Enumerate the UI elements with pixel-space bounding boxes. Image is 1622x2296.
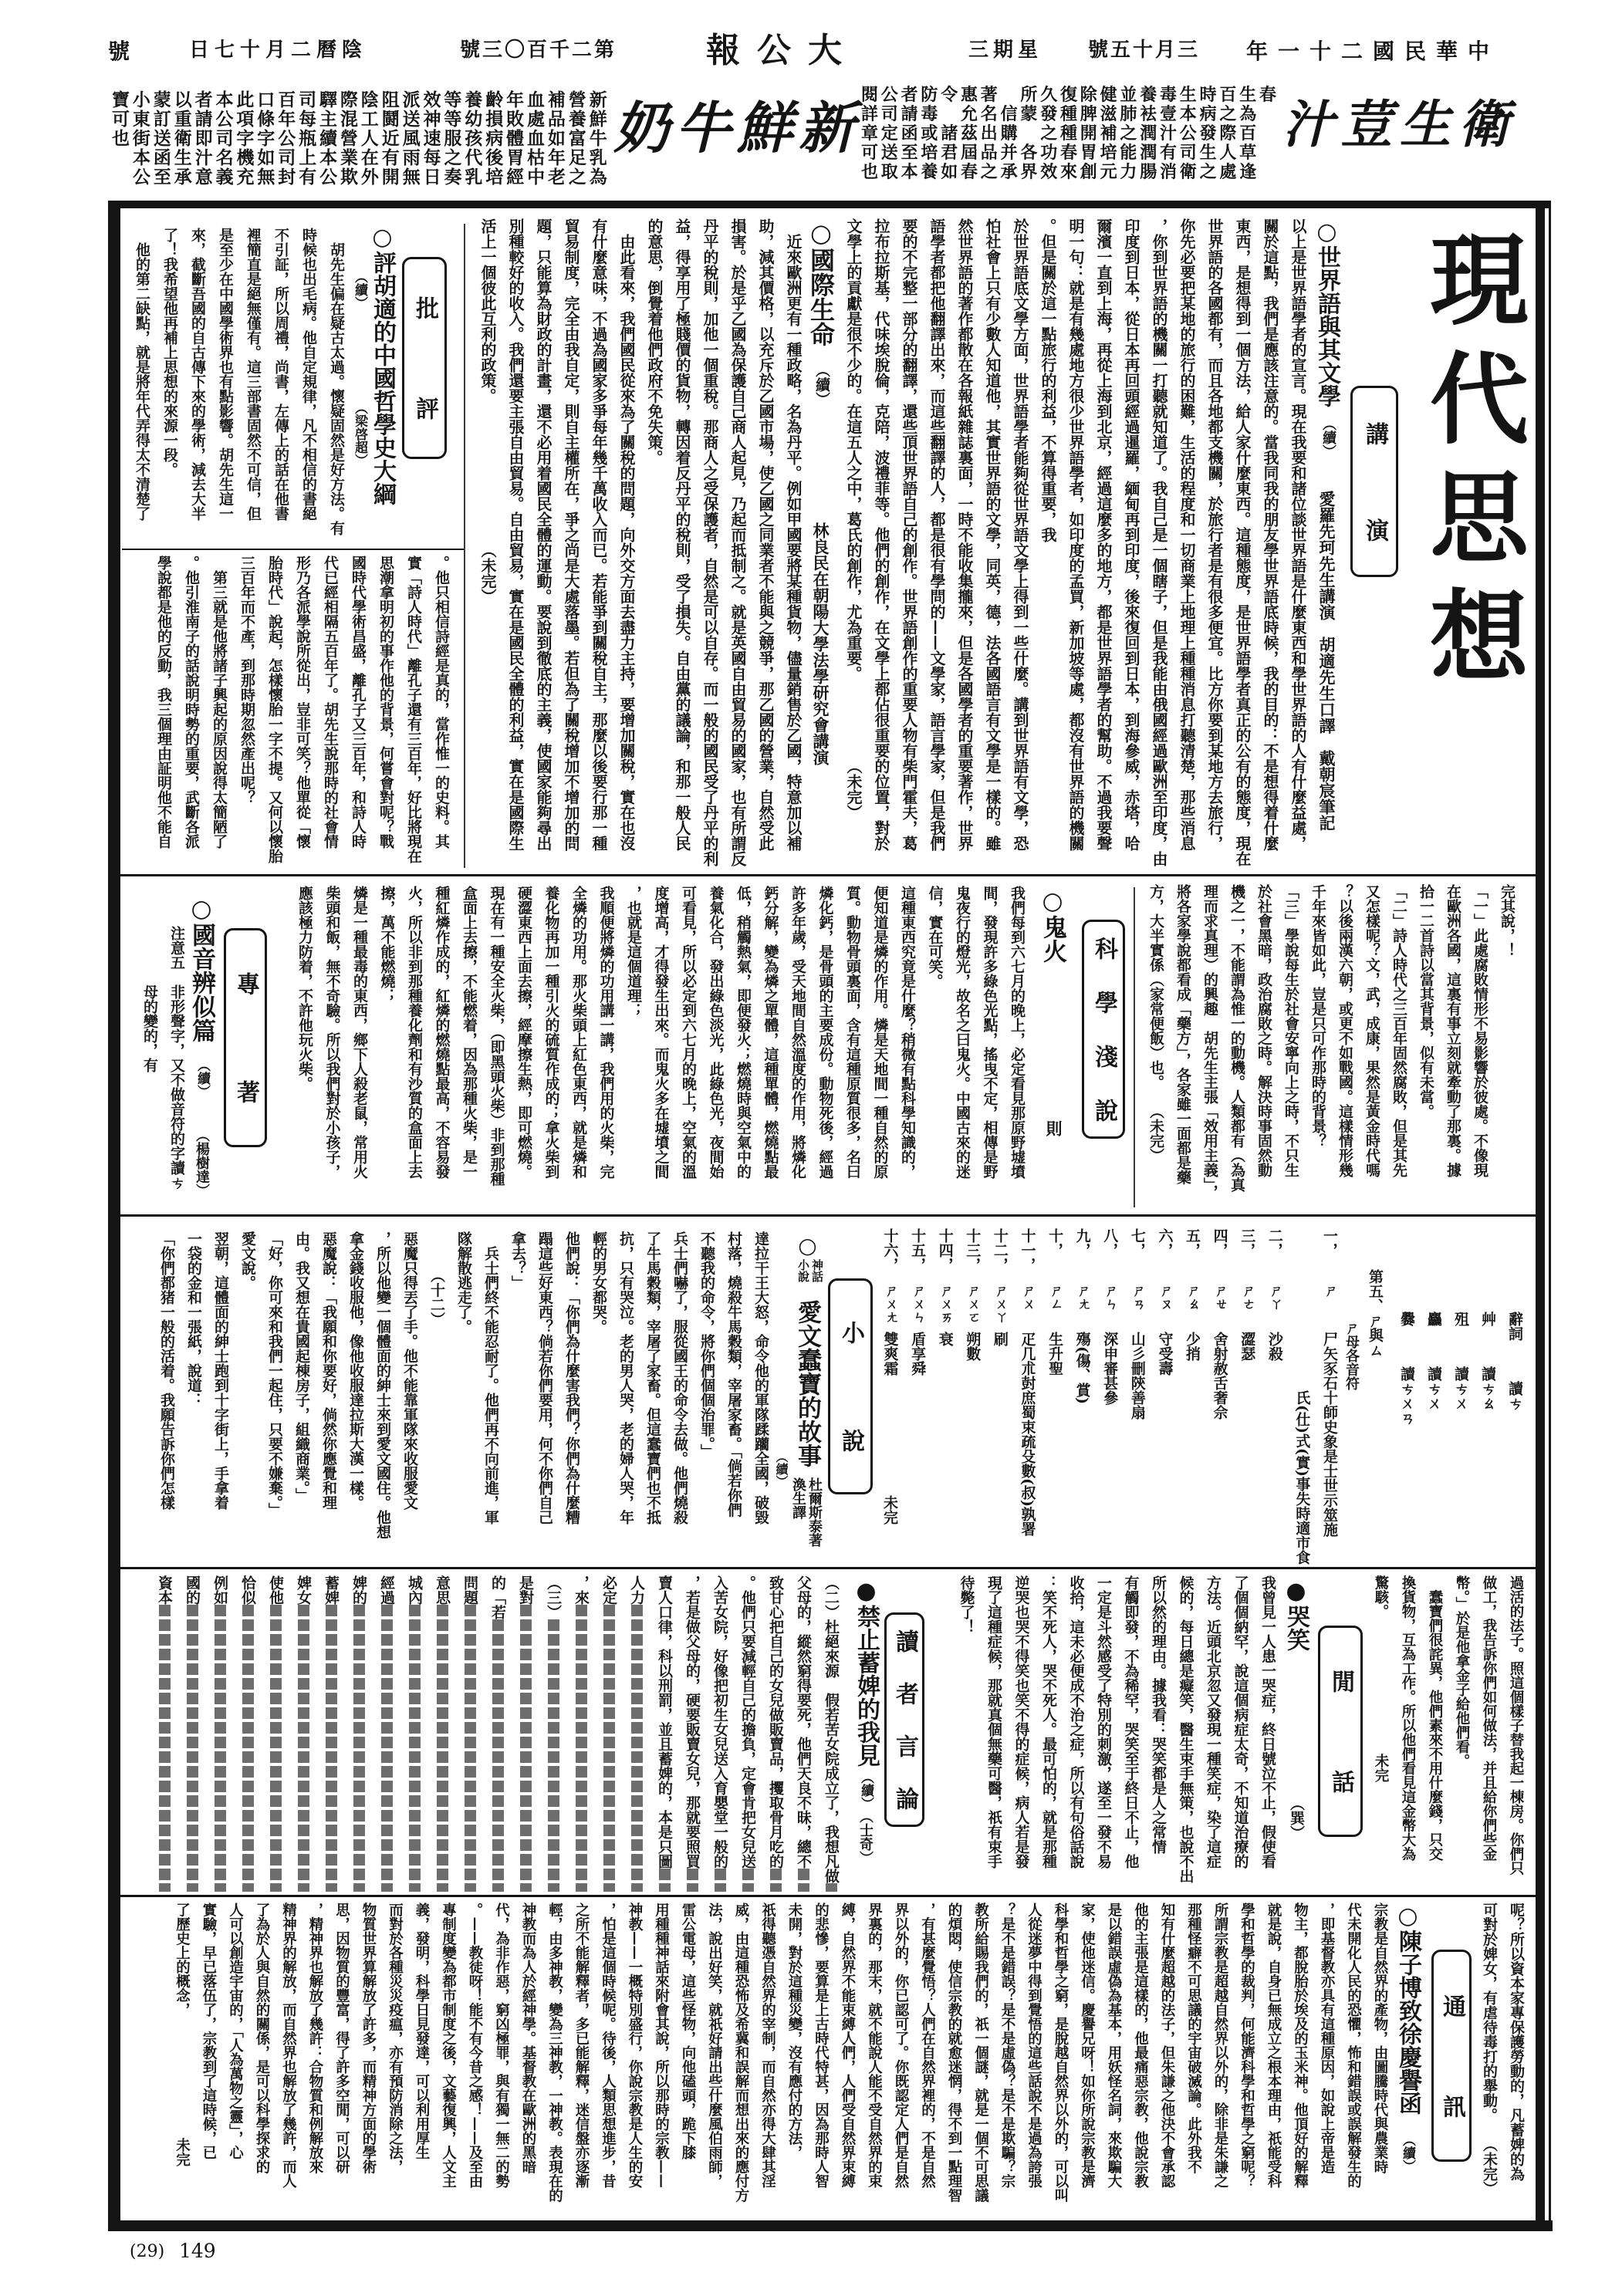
item-characters: 生升聖 — [1046, 1332, 1063, 1376]
section-label: 閒話 — [1329, 1670, 1352, 1870]
character: 辭詞 — [1506, 1312, 1523, 1341]
legible-text: ，若是做父母的，硬要販賣女兒，那就要照買 — [684, 1575, 701, 1869]
reading-entry: 殂讀ㄘㄨ — [1447, 1312, 1474, 1466]
item-characters: 澀瑟 — [1238, 1332, 1255, 1361]
section-label: 專著 — [234, 972, 257, 1188]
text-column: 致甘心把自己的女兒做販賣品，攫取骨月吃的 — [762, 1575, 789, 1892]
text-column: 物質世界算解放了許多，而精神方面的學術 — [355, 1903, 382, 2219]
item-characters: 刷 — [992, 1332, 1009, 1346]
item-number: 十五， — [904, 1228, 931, 1284]
text-column: 蹋這些好東西？倘若你們要用，何不你們自己 — [531, 1231, 558, 1565]
section-label: 通訊 — [1440, 1994, 1463, 2195]
text-column: 思，因物質的豐富，得了許多空閒，可以研 — [328, 1903, 355, 2219]
text-column: 注意五 非形聲字，又不做音符的字讀ㄘ — [163, 926, 190, 1213]
novel-continued-body: 過活的法子。照這個樣子替我起一棟房。你們只做工，我告訴你們如何做法，并且給你們些… — [1367, 1575, 1529, 1892]
zhuyin: ㄕㄣ — [1096, 1284, 1124, 1332]
text-column: 盒面上去擦，不能燃着，因為那種火柴，是一 — [455, 886, 483, 1211]
article-title: 國音辨似篇 — [188, 923, 215, 1042]
page-label: 號 — [108, 39, 130, 65]
ghost-fire-article-body: 我們每到六七月的晚上，必定看見那原野墟墳間，發現許多綠色光點，搖曳不定，相傳是野… — [291, 886, 1030, 1211]
text-column: 的「若 — [484, 1575, 512, 1892]
novel-body: 達拉干王大怒，命令他的軍隊蹂躪全國，破毀村落，燒殺牛馬穀類，宰屠家畜。「倘若你們… — [153, 1231, 774, 1565]
text-column: 別種較好的收入。我們還要主張自由貿易。自由貿易，實在是國民全體的利益，實在是國際… — [502, 218, 529, 870]
item-characters: 氏(仕)式(實)事失時適市食 — [1293, 1332, 1310, 1565]
text-column: 拉布拉斯基，代味埃脫倫，克陪，波禮菲等。他們的創作，在文學上都佔很重要的位置，對… — [867, 218, 895, 870]
text-column: 呢？所以資本家專保護勞動的，凡蓄婢的為 — [1502, 1903, 1529, 2219]
item-number: 十二， — [985, 1228, 1013, 1284]
text-column: 精神界的解放，而自然界也解放了幾許，而人 — [275, 1903, 302, 2219]
text-column: 恰似 — [234, 1575, 262, 1892]
text-column: 「好，你可來和我們一起住，只要不嫌棄。」 — [261, 1231, 288, 1565]
text-column: 印度到日本，從日本再回頭經過暹羅，緬甸再到印度，後來復回到日本，到海參威，赤塔，… — [1117, 218, 1145, 870]
legible-text: 城內 — [406, 1575, 423, 1605]
item-number: 二， — [1260, 1228, 1288, 1284]
legible-text: 蓄婢 — [323, 1575, 340, 1605]
zhuyin: ㄕㄥ — [1040, 1284, 1068, 1332]
reading-entry: 艸讀ㄘㄠ — [1474, 1312, 1501, 1466]
legible-text: 婢的 — [350, 1575, 367, 1605]
legible-text: 經過 — [378, 1575, 395, 1605]
text-column: 於社會黑暗，政治腐敗之時。解決時事固然動 — [1250, 884, 1277, 1210]
text-column: 威，由這種恐怖及希冀和誤解而想出來的應付方 — [728, 1903, 755, 2219]
ad-text-row: 寶小蒙以者本此口百司驛際陰阻派效等養齡年血補營新 — [112, 91, 610, 109]
text-column: 隊解散逃走了。 — [450, 1231, 477, 1565]
zhuyin: ㄕㄨㄞ — [931, 1284, 958, 1332]
text-column: 換貨物，互為工作。所以他們看見這金幣大為 — [1394, 1575, 1421, 1892]
band-rule — [120, 874, 1536, 876]
section-label: 讀者言論 — [893, 1629, 916, 1839]
article-title: 哭笑 — [1282, 1605, 1309, 1651]
phonetic-item: 六，ㄕㄡ守受壽 — [1151, 1228, 1178, 1565]
ad-text-row: 本函生汁名機如司上本業在有雨每之代後胃枯年足乳 — [133, 149, 610, 167]
text-column: 村落，燒殺牛馬穀類，宰屠家畜。「倘若你們 — [720, 1231, 747, 1565]
zhuyin: ㄕㄚ — [1260, 1284, 1288, 1332]
phonetic-item: 八，ㄕㄣ深申審甚參 — [1096, 1228, 1124, 1565]
bottom-border — [108, 2220, 1553, 2231]
text-column: 過活的法子。照這個樣子替我起一棟房。你們只 — [1502, 1575, 1529, 1892]
text-column: 第三就是他將諸子興起的原因說得太簡陋了 — [205, 555, 233, 870]
text-column: 母的變的，有 — [136, 926, 163, 1213]
text-column: 胎時代」說起，怎樣懷胎一字不提。又何以懷胎 — [261, 555, 289, 870]
section-box-correspondence: 通訊 — [1431, 1950, 1472, 2162]
legible-text: （二）杜絕來源 假若苦女院成立了，我想凡做 — [823, 1575, 840, 1883]
text-column: 現了這種症候，那就真個無藥可醫，祇有束手 — [980, 1575, 1008, 1892]
zhuyin: ㄕㄨㄣ — [904, 1284, 931, 1332]
text-column: 。他們只要減輕自己的擔負，定會肯把女兒送 — [734, 1575, 762, 1892]
article-title: 鬼火 — [1039, 915, 1066, 963]
heading-marker: ● — [1282, 1578, 1309, 1605]
text-column: （三） — [539, 1575, 567, 1892]
article-heading: ○鬼火 — [1040, 887, 1064, 963]
text-column: 義，發明，科學日見發達，可以利用厚生 — [408, 1903, 435, 2219]
text-column: 一定是斗然感受了特別的刺激，遂至一發不易 — [1090, 1575, 1117, 1892]
reading: 讀ㄘ — [1506, 1381, 1523, 1410]
zhuyin: ㄕㄢ — [1123, 1284, 1151, 1332]
phonetic-item: 四，ㄕㄝ舍射赦舌奢佘 — [1205, 1228, 1233, 1565]
legible-text: 。他們只要減輕自己的擔負，定會肯把女兒送 — [739, 1575, 756, 1869]
item-number: 十四， — [931, 1228, 958, 1284]
ad-text-row: 章定函或諸茲出購 之種開補之潤汁公發際百 — [861, 125, 1259, 142]
reading: 讀ㄘㄨ — [1425, 1366, 1442, 1410]
text-column: 思潮拿明初的事作他的背景，何嘗會對呢？戰 — [372, 555, 400, 870]
text-column: ，也就是這個道理； — [620, 886, 647, 1211]
item-number: 四， — [1205, 1228, 1233, 1284]
heading-marker: ○ — [1039, 887, 1066, 915]
text-column: 入苦女院，好像把初生女兒送入育嬰堂一般的 — [706, 1575, 734, 1892]
text-column: 將各家學說都看成「藥方」，各家雖一面都是藥 — [1169, 884, 1196, 1210]
article-title: 評胡適的中國哲學史大綱 — [369, 251, 396, 505]
section-label: 批評 — [413, 296, 436, 497]
text-column: 國的 — [178, 1575, 206, 1892]
text-column: 拿金錢收服他，像他收服達拉斯大漢一樣。 — [342, 1231, 369, 1565]
text-column: 「三」學說每生於社會安寧向上之時，不只生 — [1277, 884, 1304, 1210]
ts-reading-list: 辭詞讀ㄘ艸讀ㄘㄠ殂讀ㄘㄨ麤讀ㄘㄨ爨讀ㄘㄨㄢ — [1393, 1312, 1528, 1466]
text-column: 機之一，不能謂為惟一的動機。人類都有（為真 — [1223, 884, 1250, 1210]
text-column: 賣人口律，科以刑罰，並且蓄婢的，本是只圖 — [650, 1575, 678, 1892]
legible-text: 賣人口律，科以刑罰，並且蓄婢的，本是只圖 — [656, 1575, 673, 1869]
text-column: 關於這點，我們是應該注意的。當我同我的朋友學世界語底時候，我的目的：不是想得着什… — [1256, 218, 1284, 870]
item-number: 六， — [1151, 1228, 1178, 1284]
article-author: （士奇） — [858, 1809, 872, 1865]
section-label: 科學淺說 — [1092, 937, 1115, 1153]
text-column: 。——教徒呀！能不有今昔之感！——及至由 — [461, 1903, 488, 2219]
continued-label: （續） — [195, 1059, 208, 1098]
text-column: 可對於婢女，有虐待毒打的舉動。 （未完） — [1475, 1903, 1502, 2219]
page-number: 149 — [179, 2240, 216, 2262]
text-column: 時候也出毛病。他自定規律，凡不相信的書絕 — [295, 228, 323, 544]
critique-tier-rule — [122, 549, 464, 550]
zhuyin: ㄕㄨㄚ — [985, 1284, 1013, 1332]
article-heading: ●哭笑 — [1284, 1578, 1307, 1651]
item-characters: 尸矢豕石十師史象是士世示筮施 — [1321, 1332, 1338, 1537]
text-column: 一袋的金和一張紙，說道： — [180, 1231, 207, 1565]
phonetic-item: 九，ㄕㄤ殤(傷、賞) — [1068, 1228, 1096, 1565]
ad-text-row: 也街送衛即司字字公瓶續營人近風速服孩病體血如富牛 — [112, 130, 610, 147]
section-box-monograph: 專著 — [224, 928, 267, 1147]
text-column: 低，稍觸熱氣，即便發火；燃燒時與空氣中的 — [729, 886, 757, 1211]
text-column: 物主，都脫胎於埃及的玉米神。他頂好的解釋 — [1286, 1903, 1313, 2219]
article-heading: ○國際生命 — [809, 218, 833, 346]
international-life-article-body: 近來歐洲更有一種政略，名為丹平。例如甲國要將某種貨物，儘量銷售於乙國，特意加以補… — [474, 218, 807, 870]
text-column: 法，說出好笑，就祇好請出些什麼風伯雨師， — [701, 1903, 728, 2219]
text-column: 東西，是想得到一個方法，給人家什麼東西。這種態度，是世界語學者真正的公有的態度，… — [1228, 218, 1256, 870]
text-column: 資本 — [150, 1575, 178, 1892]
column-divider — [464, 224, 465, 868]
phonetic-item: 七，ㄕㄢ山彡刪陝善扇 — [1123, 1228, 1151, 1565]
section-box-chat: 閒話 — [1318, 1626, 1363, 1837]
text-column: 。但是關於這一點旅行的利益，不算得重要，我 — [1034, 218, 1062, 870]
band-rule — [120, 1214, 1536, 1217]
weekday: 星期三 — [968, 39, 1042, 62]
section-box-criticism: 批評 — [402, 257, 447, 459]
legible-text: 必定 — [600, 1575, 617, 1605]
text-column: 應該極力防着，不許他玩火柴。 — [291, 886, 318, 1211]
band-rule — [120, 1567, 1536, 1569]
item-number: 十一， — [1013, 1228, 1041, 1284]
text-column: 。他引淮南子的話說明時勢的重要，武斷各派 — [177, 555, 205, 870]
text-column: 火，所以非到那種養化劑和有沙質的盒面上去 — [400, 886, 428, 1211]
text-column: ，怕是這個時候呢。待後，人類思想進步，昔 — [594, 1903, 621, 2219]
text-column: 神教——一概特別盛行，你說宗教是人生的安 — [621, 1903, 648, 2219]
esperanto-article-body: 以上是世界語學者的宣言。現在我要和諸位談世界語是什麼東西和學世界語的人有什麼益處… — [840, 218, 1312, 870]
article-author: （楊樹達） — [194, 1128, 208, 1197]
letter-body: 宗教是自然界的產物，由圖騰時代與農業時代未開化人民的恐懼，怖和錯誤或誤解發生的，… — [168, 1903, 1393, 2219]
heading-marker: ○ — [188, 895, 215, 923]
text-column: 然世界語的著作都散在各報紙雜誌裏面，一時不能收集攏來，但是各國學者的重要著作，世… — [951, 218, 978, 870]
zhuyin: ㄕㄝ — [1205, 1284, 1233, 1332]
text-column: （十二） — [423, 1231, 450, 1565]
issue-date: 三月十五號 — [1088, 39, 1200, 62]
section-box-lecture: 講演 — [1350, 386, 1398, 577]
text-column: 候的，每日總是癡笑，醫生束手無策，也說不出 — [1171, 1575, 1199, 1892]
article-heading: ○陳子博致徐慶譽函 — [1396, 1903, 1419, 2115]
text-column: 度增高，才得發生出來。而鬼火多在墟墳之間 — [647, 886, 674, 1211]
text-column: 明一句：就是有幾處地方很少世界語學者，如印度的孟買，新加坡等處，都沒有世界語的機… — [1062, 218, 1090, 870]
item-characters: 疋几朮尌庶蜀束疏殳數(叔)孰署 — [1019, 1332, 1036, 1536]
text-column: 待斃了！ — [952, 1575, 980, 1892]
text-column: 完其說，！ — [1493, 884, 1520, 1210]
text-column: 裡簡直是絕無僅有。這三部書固然不可信，但 — [239, 228, 267, 544]
text-column: 收拾，這未必便成不治之症，所以有句俗話說 — [1062, 1575, 1090, 1892]
text-column: 由。我又想在貴國起棟房子，組織商業。」 — [288, 1231, 315, 1565]
text-column: ，若是做父母的，硬要販賣女兒，那就要照買 — [678, 1575, 706, 1892]
heading-marker: ● — [853, 1578, 880, 1605]
legible-text: 是對 — [517, 1575, 534, 1605]
text-column: 他們說：「你們為什麼害我們？你們為什麼糟 — [558, 1231, 585, 1565]
text-column: 這種東西究竟是什麼？稍微有點科學知識的， — [894, 886, 921, 1211]
right-border — [1536, 205, 1545, 2231]
top-thick-rule — [108, 201, 1551, 208]
text-column: 兵士們終不能忍耐了。他們再不向前進，軍 — [477, 1231, 504, 1565]
text-column: 又怎樣呢？文，武，成康，果然是黃金時代嗎 — [1358, 884, 1385, 1210]
text-column: 全燐的功用。那火柴頭上紅色東西，就是燐和 — [565, 886, 593, 1211]
phonetic-item: 十五，ㄕㄨㄣ盾享舜 — [904, 1228, 931, 1565]
legible-text: 例如 — [211, 1575, 228, 1605]
item-characters: 殤(傷、賞) — [1074, 1332, 1091, 1404]
text-column: 界以外的，你已認可了。你既認定人們是自然 — [887, 1903, 914, 2219]
text-column: 我順便將燐的功用講一講，我們用的火柴，完 — [592, 886, 620, 1211]
text-column: 活上一個彼此互利的政策。 （未完） — [474, 218, 502, 870]
text-column: 貿易制度，完全由我自定，則自主權所在，爭之尚是大處落墨。若但為了關稅增加不增加的… — [557, 218, 585, 870]
text-column: 祇得聽憑自然界的宰制，而自然亦得大肆其淫 — [754, 1903, 781, 2219]
text-column: 他的第二缺點，就是將年代弄得太不清楚了 — [128, 228, 156, 544]
text-column: ，即基督教亦具有這種原因，如說上帝是造 — [1313, 1903, 1340, 2219]
article-translator: 渙生譯 — [790, 1477, 806, 1564]
legible-text: （三） — [545, 1575, 562, 1619]
ban-slavery-body: （二）杜絕來源 假若苦女院成立了，我想凡做父母的，縱然窮得要死，他們天良不昧，總… — [150, 1575, 845, 1892]
legible-text: 父母的，縱然窮得要死，他們天良不昧，總不 — [795, 1575, 812, 1869]
text-column: 要的不完整一部分的翻譯，還些頂世界語自己的創作。世界語創作的重要人物有柴門霍夫，… — [895, 218, 923, 870]
legible-text: 資本 — [156, 1575, 173, 1605]
phonetic-item: 三，ㄕㄜ澀瑟 — [1233, 1228, 1261, 1565]
text-column: 「你們都猪一般的活着。我願告訴你們怎樣 — [153, 1231, 180, 1565]
text-column: 學和哲學的裁判，何能濟科學和哲學之窮呢？ — [1233, 1903, 1260, 2219]
text-column: 便知道是燐的作用。燐是天地間一種自然的原 — [866, 886, 894, 1211]
reading: 讀ㄘㄨ — [1452, 1366, 1469, 1410]
text-column: 雷公電母，這些怪物，向他磕頭，跪下膝 — [674, 1903, 701, 2219]
text-column: 人可以創造宇宙的，「人為萬物之靈」，心 — [221, 1903, 248, 2219]
text-column: 意思 — [428, 1575, 456, 1892]
section-label: 小說 — [839, 1321, 862, 1537]
phonetic-item: 氏(仕)式(實)事失時適市食 — [1288, 1228, 1316, 1565]
text-column: 用種種神話來附會其說，所以那時的宗教—— — [647, 1903, 674, 2219]
text-column: 是至少在中國學術界也有點影響。胡先生這一 — [211, 228, 239, 544]
text-column: 形乃各派學說所從出，豈非可笑？他單從「懷 — [289, 555, 316, 870]
text-column: 鈣分解，變為燐之單體，這種單體，燃燒點最 — [756, 886, 784, 1211]
text-column: 種紅燐作成的，紅燐的燃燒點最高，不容易發 — [427, 886, 455, 1211]
left-border — [108, 205, 120, 2231]
phonetic-item: 一，ㄕ尸矢豕石十師史象是士世示筮施 — [1315, 1228, 1343, 1565]
text-column: 輕的男女都哭。 — [585, 1231, 612, 1565]
text-column: 宗教是自然界的產物，由圖騰時代與農業時 — [1367, 1903, 1394, 2219]
text-column: 損害。於是乎乙國為保護自己商人起見，乃起而抵制之。就是英國自由貿易的國家，也有所… — [724, 218, 752, 870]
item-number: 十三， — [958, 1228, 986, 1284]
continued-label: （續） — [775, 1450, 787, 1487]
text-column: 例如 — [206, 1575, 234, 1892]
ad-text-row: 公至承意義充無封有公欺外開無日奏乳培經中老之為 — [133, 168, 610, 186]
text-column: ，來 — [567, 1575, 595, 1892]
text-column: 的悲慘，要算是上古時代特甚，因為那時人智 — [807, 1903, 834, 2219]
item-characters: 盾享舜 — [909, 1332, 926, 1376]
article-title: 世界語與其文學 — [1313, 245, 1340, 407]
text-column: 燐化鈣，是骨頭的主要成份。動物死後，經過 — [811, 886, 839, 1211]
text-column: 不引証，所以周禮，尚書，左傳上的話在他書 — [267, 228, 295, 544]
text-column: 有什麼意味，不過為國家多爭每年幾千萬收入而已。若能爭到關稅自主，那麼以後要行那一… — [585, 218, 613, 870]
ad-text-row: 可東訂重請公項條年每主混工鬪送神等幼損敗處品養鮮 — [112, 110, 610, 128]
legible-text: 恰似 — [239, 1575, 256, 1605]
text-column: 可看見，所以必定到六七月的晚上，空氣的溫 — [674, 886, 702, 1211]
right-border-inner-line — [1549, 205, 1551, 2231]
text-column: 鬼夜行的燈光，故名之曰鬼火。中國古來的迷 — [948, 886, 976, 1211]
article-heading: ○評胡適的中國哲學史大綱 — [370, 224, 394, 505]
issue-number: 第二千百〇三號 — [460, 39, 617, 62]
text-column: 「二」詩人時代之三百年固然腐敗，但是其先 — [1385, 884, 1412, 1210]
text-column: ？以後兩漢六朝，或更不如戰國。這樣情形幾 — [1331, 884, 1358, 1210]
text-column: 輕，由多神教，變為三神教，一神教。表現在的 — [541, 1903, 568, 2219]
milk-ad-title: 新鮮牛奶 — [613, 100, 860, 156]
text-column: 代已經相隔五百年了。胡先生說那時的社會情 — [316, 555, 344, 870]
text-column: 父母的，縱然窮得要死，他們天良不昧，總不 — [789, 1575, 817, 1892]
phonetic-item: 五，ㄕㄠ少捎 — [1178, 1228, 1205, 1565]
phonetic-item: 二，ㄕㄚ沙殺 — [1260, 1228, 1288, 1565]
text-column: 經過 — [373, 1575, 400, 1892]
text-column: 做工，我告訴你們如何做法，并且給你們些金 — [1475, 1575, 1502, 1892]
text-column: 實驗，早已落伍了，宗教到了這時候，已 — [195, 1903, 222, 2219]
text-column: 擦，萬不能燃燒； — [373, 886, 400, 1211]
legible-text: 婢女 — [295, 1575, 312, 1605]
item-characters: 舍射赦舌奢佘 — [1211, 1332, 1228, 1420]
text-column: 專制度變為都市制度之後，文藝復興，人文主 — [434, 1903, 461, 2219]
text-column: ，你到世界語的機關一打聽就知道了。我自己是一個瞎子，但是我能由俄國經過歐洲至印度… — [1145, 218, 1173, 870]
spacer — [1460, 1326, 1461, 1366]
legible-text: 問題 — [461, 1575, 478, 1605]
author-block: 杜爾斯泰著 渙生譯 — [790, 1477, 823, 1564]
text-column: 他的主張是這樣的，他最痛惡宗教，他說宗教 — [1127, 1903, 1154, 2219]
genre-label: 神話小說 — [795, 1259, 824, 1285]
text-column: 現在有一種安全火柴，（即黑頭火柴）非到那種 — [482, 886, 510, 1211]
item-number: 八， — [1096, 1228, 1124, 1284]
zhuyin: ㄕㄨㄛ — [958, 1284, 986, 1332]
legible-text: 入苦女院，好像把初生女兒送入育嬰堂一般的 — [711, 1575, 728, 1869]
article-author: （巽） — [1289, 1796, 1303, 1840]
item-number: 三， — [1233, 1228, 1261, 1284]
section-box-readers: 讀者言論 — [884, 1612, 924, 1827]
text-column: 題，只能算為財政的計畫，還不必用着國民全體的運動。要說到徹底的主義，使國家能夠尋… — [529, 218, 557, 870]
phonetic-item: 十二，ㄕㄨㄚ刷 — [985, 1228, 1013, 1565]
legible-text: 意思 — [434, 1575, 451, 1605]
item-number: 五， — [1178, 1228, 1205, 1284]
reading-entry: 辭詞讀ㄘ — [1501, 1312, 1528, 1466]
phonetic-item: 十一，ㄕㄨ疋几朮尌庶蜀束疏殳數(叔)孰署 — [1013, 1228, 1041, 1565]
text-column: 神教而為人於經神學。基督教在歐洲的黑暗 — [515, 1903, 542, 2219]
article-author: 則 — [1046, 1120, 1062, 1136]
text-column: 之所不能解釋者，多已能解釋，迷信盤亦逐漸 — [568, 1903, 595, 2219]
legible-text: 致甘心把自己的女兒做販賣品，攫取骨月吃的 — [767, 1575, 784, 1869]
text-column: 翌朝，這體面的紳士跑到十字街上，手拿着 — [207, 1231, 234, 1565]
heading-marker: ○ — [369, 224, 396, 251]
item-characters: 山彡刪陝善扇 — [1129, 1332, 1146, 1420]
text-column: 來，截斷吾國的自古傳下來的學術，減去大半 — [184, 228, 211, 544]
zhuyin: ㄕㄡ — [1151, 1284, 1178, 1332]
text-column: 實「詩人時代」離孔子還有三百年，好比將現在 — [400, 555, 427, 870]
text-column: 在歐洲各國，這裏有事立刻就牽動了那裏。據 — [1439, 884, 1466, 1210]
article-author: 杜爾斯泰著 — [806, 1477, 823, 1564]
article-title: 陳子博致徐慶譽函 — [1394, 1930, 1421, 2115]
text-column: 抗，只有哭泣。老的男人哭，老的婦人哭，年 — [612, 1231, 639, 1565]
text-column: 柴頭和飯，無不奇驗。所以我們對於小孩子， — [318, 886, 346, 1211]
text-column: 語學者都把他翻譯出來，而這些翻譯的人，都是很有學問的——文學家，語言學家，但是我… — [923, 218, 951, 870]
text-column: 怕社會上只有少數人知道他，其實世界語的文學，同英，德，法各國語言有文學是一樣的。… — [978, 218, 1006, 870]
zhuyin: ㄕㄨㄤ — [876, 1284, 904, 1332]
item-characters: 深申審甚參 — [1101, 1332, 1118, 1405]
text-column: 了牛馬穀類，宰屠了家畜。但這蠢寶們也不抵 — [639, 1231, 666, 1565]
item-number: 七， — [1123, 1228, 1151, 1284]
text-column: 人力 — [623, 1575, 650, 1892]
article-heading: ●禁止蓄婢的我見 — [854, 1578, 877, 1767]
text-column: 以上是世界語學者的宣言。現在我要和諸位談世界語是什麼東西和學世界語的人有什麼益處… — [1284, 218, 1312, 870]
text-column: 胡先生偏在疑古太過。懷疑固然是好方法。有 — [323, 228, 350, 544]
character: 艸 — [1479, 1312, 1496, 1326]
text-column: 了！我希望他再補上思想的來源一段。 — [156, 228, 184, 544]
text-column: 蠢寶們很詫異，他們素來不用什麼錢，只交 — [1421, 1575, 1448, 1892]
heading-marker: ○ — [1313, 218, 1340, 245]
text-column: 千年來皆如此，豈是只可作那時的背景？ — [1304, 884, 1331, 1210]
article-title: 國際生命 — [806, 248, 836, 346]
zhuyin: ㄕㄜ — [1233, 1284, 1261, 1332]
text-column: ，所以他變一個體面的紳士來到愛文國住。他想 — [369, 1231, 396, 1565]
text-column: 近來歐洲更有一種政略，名為丹平。例如甲國要將某種貨物，儘量銷售於乙國，特意加以補 — [779, 218, 807, 870]
article-byline: 愛羅先珂先生講演 胡適先生口譯 戴朝宸筆記 — [1319, 491, 1335, 831]
text-column: 惡魔說：「我願和你要好，倘然你應覺和理 — [315, 1231, 342, 1565]
legible-text: 人力 — [628, 1575, 645, 1605]
zhuyin: ㄕ — [1315, 1284, 1343, 1332]
text-column: 拾一二首詩以當其背景，似有未當。 — [1412, 884, 1439, 1210]
text-column: 國時代學術昌盛，離孔子又三百年，和詩人時 — [344, 555, 372, 870]
item-number: 九， — [1068, 1228, 1096, 1284]
text-column: 了為於人與自然的關係，是可以科學探求的 — [248, 1903, 275, 2219]
text-column: 問題 — [456, 1575, 484, 1892]
text-column: 驚駭。 未完 — [1367, 1575, 1394, 1892]
reading: 讀ㄘㄠ — [1479, 1366, 1496, 1410]
text-column: 未開，對於這種災變，沒有應付的方法， — [781, 1903, 808, 2219]
band-rule — [120, 1895, 1536, 1897]
continued-label: （續） — [859, 1771, 872, 1810]
crying-laughing-body: 我曾見一人患一哭症，終日號泣不止，假使看了個個納罕，說這個病症太奇，不知道治療的… — [952, 1575, 1281, 1892]
text-column: 方法。近頭北京忽又發現一種笑症，染了這症 — [1199, 1575, 1227, 1892]
text-column: 代未開化人民的恐懼，怖和錯誤或誤解發生的 — [1340, 1903, 1367, 2219]
text-column: 理而求真理）的興趣 胡先生主張「效用主義」， — [1196, 884, 1223, 1210]
text-column: 方，大半實係（家常便飯）也。 （未完） — [1142, 884, 1169, 1210]
